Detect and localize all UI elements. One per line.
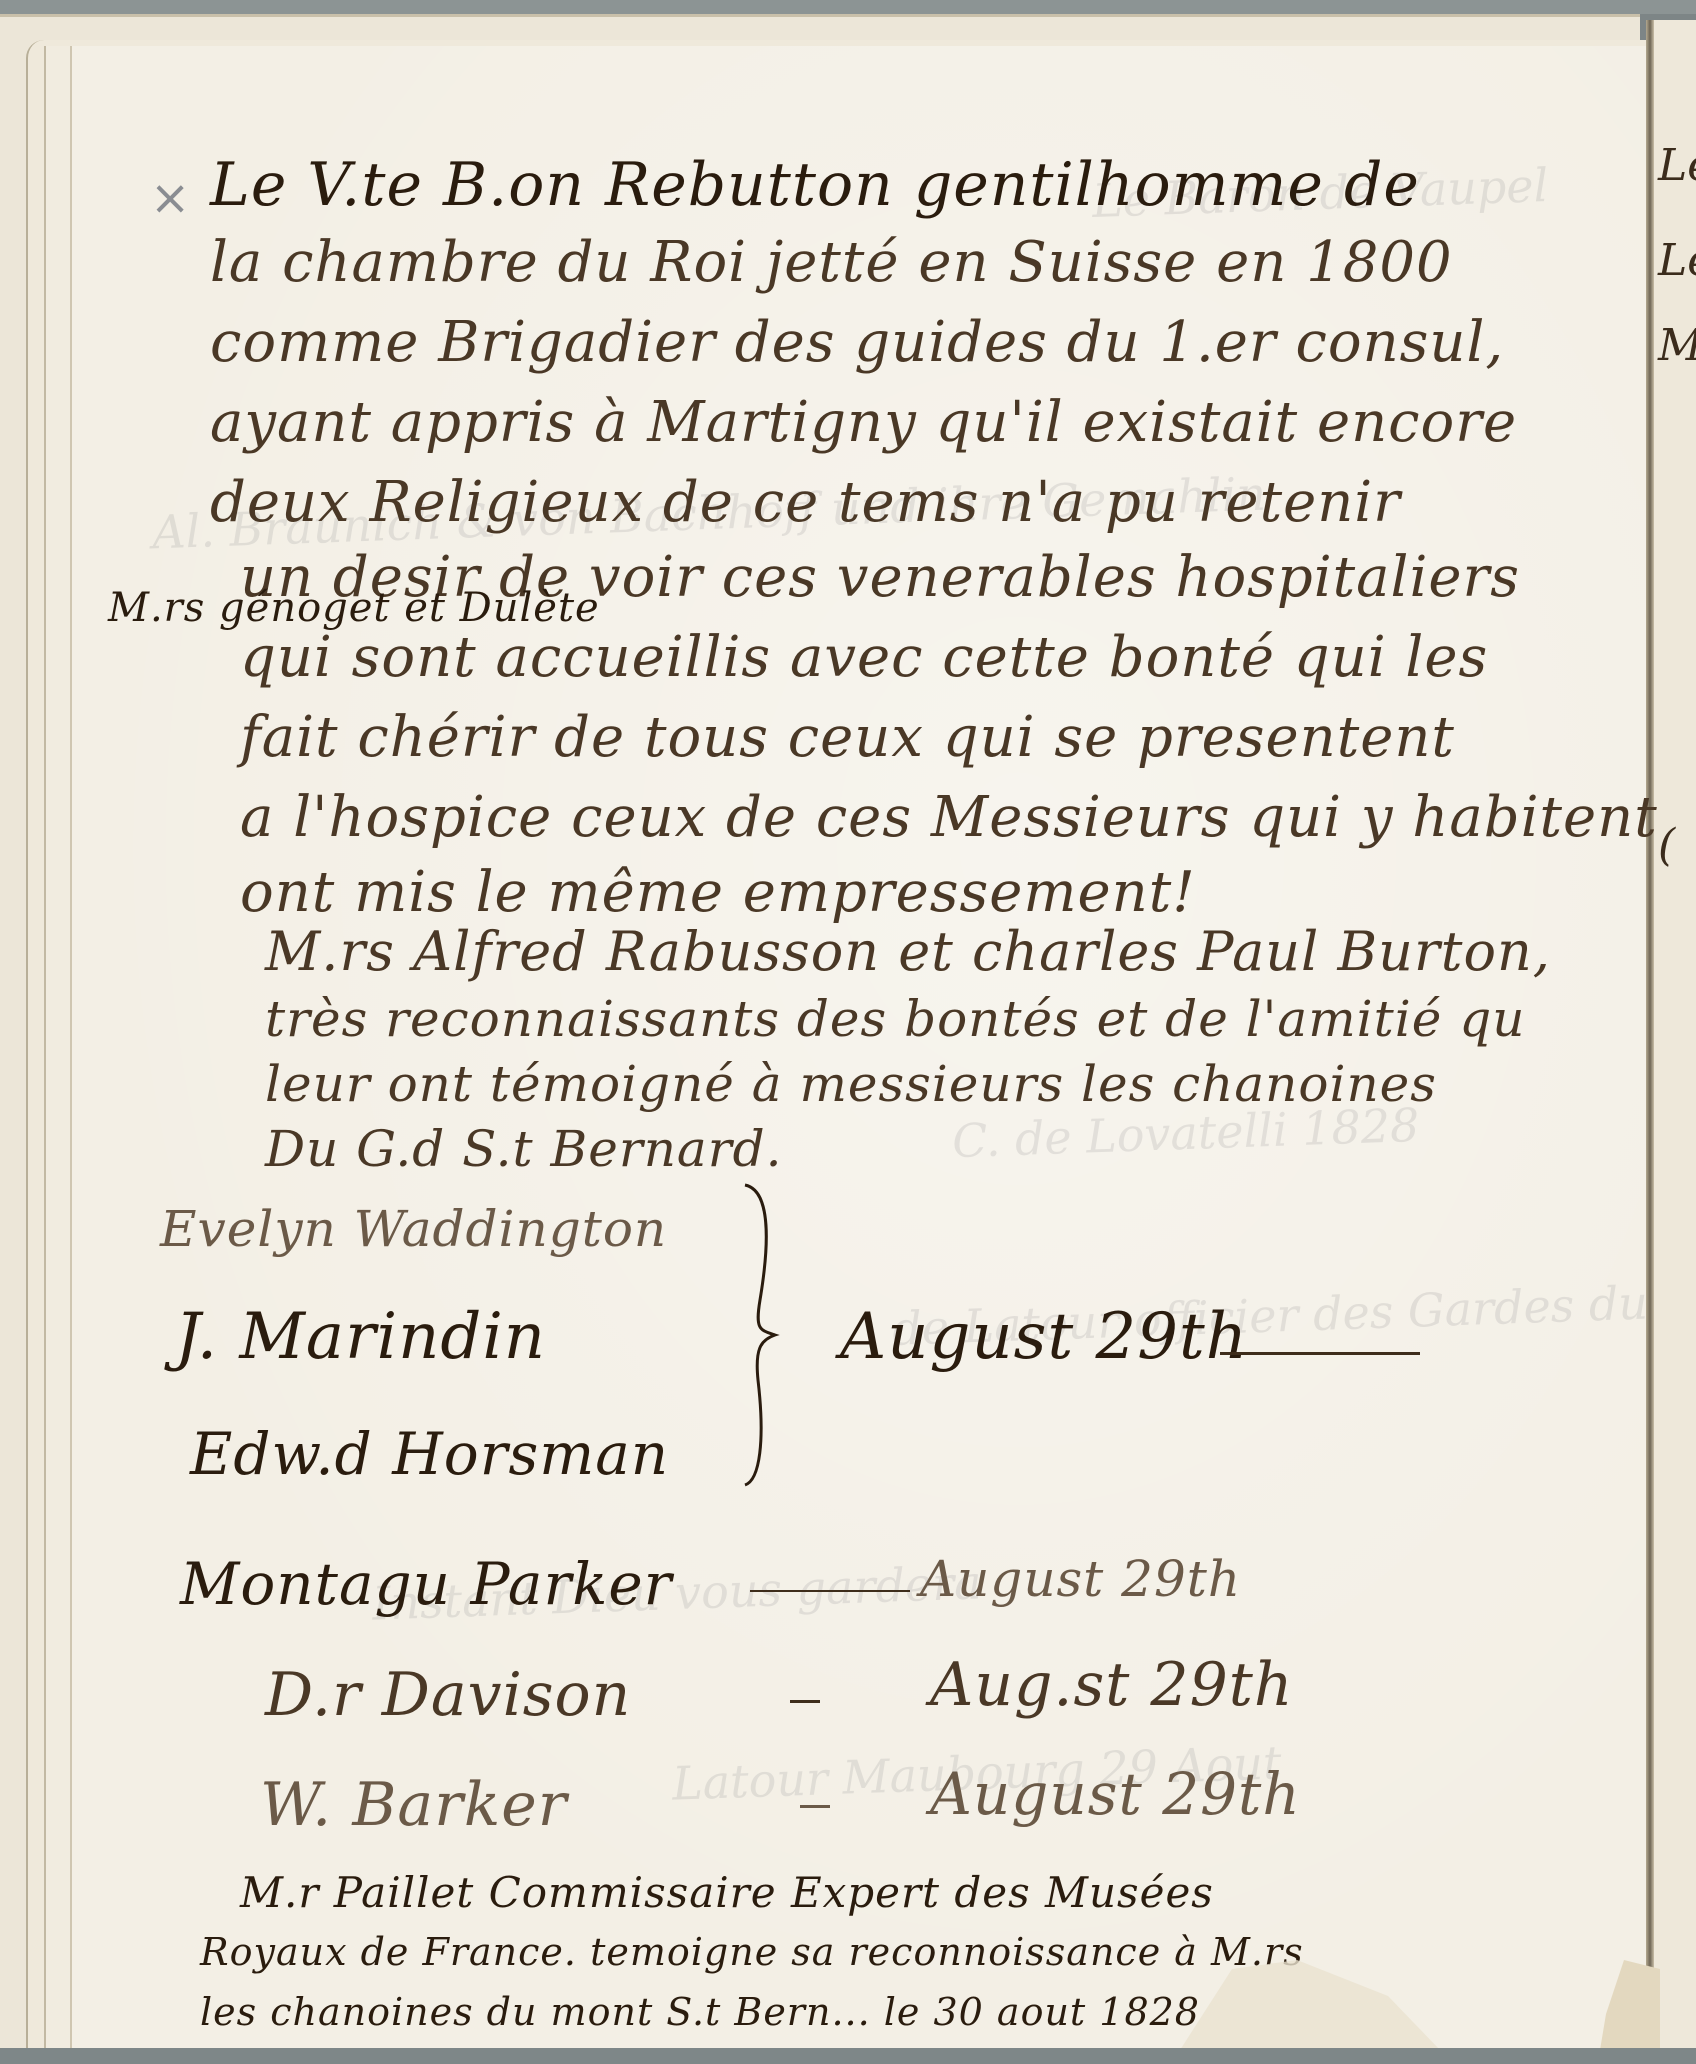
facing-page-fragment: Le — [1658, 140, 1696, 191]
facing-page-fragment: ( — [1658, 820, 1675, 871]
signature-horsman: Edw.d Horsman — [190, 1420, 669, 1488]
book-gutter — [1646, 20, 1654, 2050]
signature-date: August 29th — [930, 1760, 1301, 1828]
grouping-brace-icon — [740, 1180, 780, 1490]
signature-barker: W. Barker — [260, 1770, 567, 1840]
signature-marindin: J. Marindin — [175, 1300, 546, 1374]
final-entry-line-2: Royaux de France. temoigne sa reconnoiss… — [200, 1930, 1304, 1974]
facing-page-edge: Le Le M ( — [1654, 20, 1696, 2050]
entry-1-line-10: ont mis le même empressement! — [240, 860, 1196, 925]
entry-1-line-3: comme Brigadier des guides du 1.er consu… — [210, 310, 1504, 375]
scanner-background-top — [0, 0, 1696, 14]
entry-2-line-1: M.rs Alfred Rabusson et charles Paul Bur… — [265, 920, 1551, 983]
entry-1-line-9: a l'hospice ceux de ces Messieurs qui y … — [240, 785, 1658, 850]
entry-1-line-5: deux Religieux de ce tems n'a pu retenir — [210, 470, 1401, 535]
signature-date: Aug.st 29th — [930, 1650, 1294, 1720]
dash-separator — [790, 1700, 820, 1703]
entry-2-line-2: très reconnaissants des bontés et de l'a… — [265, 990, 1525, 1048]
signature-date: August 29th — [840, 1300, 1248, 1374]
dash-separator — [750, 1590, 910, 1592]
signature-date: August 29th — [920, 1550, 1241, 1608]
entry-2-line-3: leur ont témoigné à messieurs les chanoi… — [265, 1055, 1437, 1113]
final-entry-line-1: M.r Paillet Commissaire Expert des Musée… — [240, 1868, 1214, 1917]
final-entry-line-3: les chanoines du mont S.t Bern... le 30 … — [200, 1990, 1200, 2034]
signature-davison: D.r Davison — [265, 1660, 631, 1730]
entry-1-line-8: fait chérir de tous ceux qui se presente… — [240, 705, 1455, 770]
pencil-cross-mark: × — [150, 170, 190, 226]
signature-parker: Montagu Parker — [180, 1550, 672, 1618]
entry-1-line-1: Le V.te B.on Rebutton gentilhomme de — [210, 150, 1420, 220]
underline-flourish — [1220, 1352, 1420, 1355]
entry-1-line-7: qui sont accueillis avec cette bonté qui… — [240, 625, 1488, 690]
entry-1-line-2: la chambre du Roi jetté en Suisse en 180… — [210, 230, 1453, 295]
entry-1-line-4: ayant appris à Martigny qu'il existait e… — [210, 390, 1517, 455]
scanner-background-bottom — [0, 2048, 1696, 2064]
facing-page-fragment: M — [1658, 320, 1696, 371]
entry-2-line-4: Du G.d S.t Bernard. — [265, 1120, 783, 1178]
dash-separator — [800, 1805, 830, 1808]
facing-page-fragment: Le — [1658, 235, 1696, 286]
signature-waddington: Evelyn Waddington — [160, 1200, 667, 1258]
